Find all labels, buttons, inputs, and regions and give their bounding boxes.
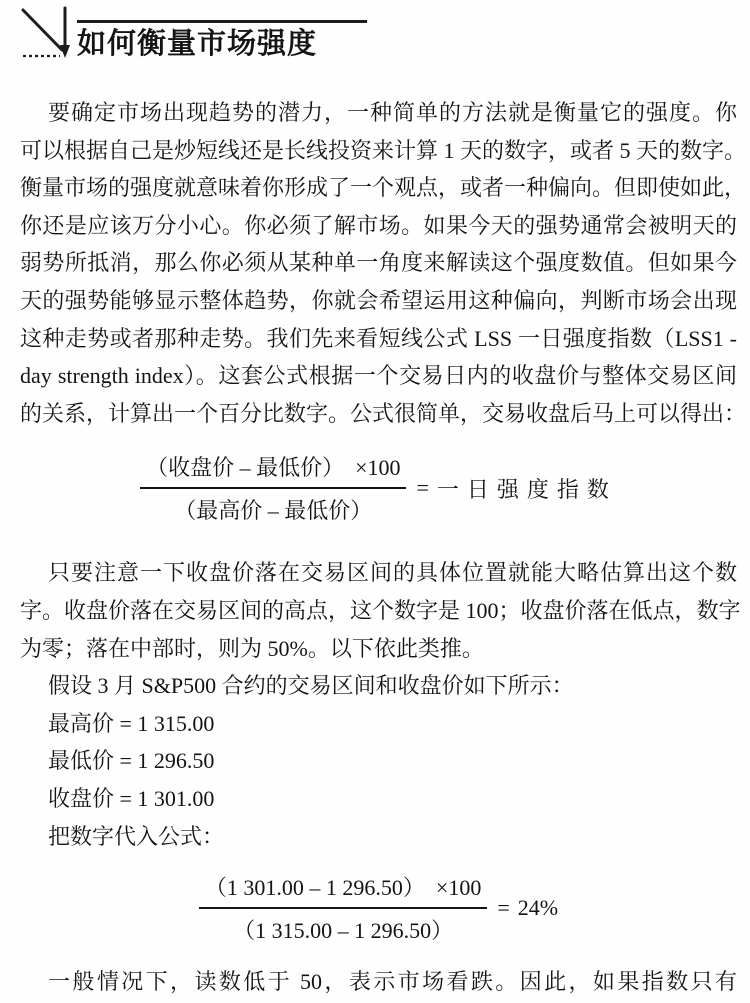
equals-sign: = xyxy=(497,895,509,921)
paragraph-line: 可以根据自己是炒短线还是长线投资来计算 1 天的数字，或者 5 天的数字。 xyxy=(20,132,737,170)
paragraph-line: 要确定市场出现趋势的潜力，一种简单的方法就是衡量它的强度。你 xyxy=(20,94,737,132)
formula-result: 24% xyxy=(518,895,558,921)
formula-worked-example: （1 301.00 – 1 296.50） ×100 （1 315.00 – 1… xyxy=(20,867,737,949)
paragraph-line: 弱势所抵消，那么你必须从某种单一角度来解读这个强度数值。但如果今 xyxy=(20,244,737,282)
header-rule xyxy=(77,20,367,23)
fraction: （1 301.00 – 1 296.50） ×100 （1 315.00 – 1… xyxy=(199,871,487,945)
formula-denominator: （最高价 – 最低价） xyxy=(174,489,372,525)
value-line-high: 最高价 = 1 315.00 xyxy=(20,705,737,743)
hand-drawn-arrow-graphic xyxy=(20,6,70,62)
fraction: （收盘价 – 最低价） ×100 （最高价 – 最低价） xyxy=(140,451,406,525)
formula-denominator: （1 315.00 – 1 296.50） xyxy=(233,909,453,945)
formula-numerator: （收盘价 – 最低价） ×100 xyxy=(140,451,406,489)
book-page: 如何衡量市场强度 要确定市场出现趋势的潜力，一种简单的方法就是衡量它的强度。你 … xyxy=(0,0,750,1003)
title-block: 如何衡量市场强度 xyxy=(77,20,367,61)
paragraph-line: 天的强势能够显示整体趋势，你就会希望运用这种偏向，判断市场会出现 xyxy=(20,282,737,320)
chapter-header: 如何衡量市场强度 xyxy=(20,6,737,72)
formula-lss-definition: （收盘价 – 最低价） ×100 （最高价 – 最低价） = 一日强度指数 xyxy=(20,447,737,529)
hand-drawn-arrow-icon xyxy=(20,6,70,62)
page-body: 要确定市场出现趋势的潜力，一种简单的方法就是衡量它的强度。你 可以根据自己是炒短… xyxy=(20,94,737,1001)
paragraph-line: 一般情况下，读数低于 50，表示市场看跌。因此，如果指数只有 xyxy=(20,963,737,1001)
paragraph-line: 为零；落在中部时，则为 50%。以下依此类推。 xyxy=(20,630,737,668)
paragraph-line: 只要注意一下收盘价落在交易区间的具体位置就能大略估算出这个数 xyxy=(20,554,737,592)
paragraph-line: 假设 3 月 S&P500 合约的交易区间和收盘价如下所示： xyxy=(20,667,737,705)
paragraph-line: 字。收盘价落在交易区间的高点，这个数字是 100；收盘价落在低点，数字 xyxy=(20,592,737,630)
paragraph-line: 你还是应该万分小心。你必须了解市场。如果今天的强势通常会被明天的 xyxy=(20,207,737,245)
equals-sign: = xyxy=(416,475,428,501)
paragraph-line: 衡量市场的强度就意味着你形成了一个观点，或者一种偏向。但即使如此， xyxy=(20,169,737,207)
lead-in-line: 把数字代入公式： xyxy=(20,818,737,856)
formula-numerator: （1 301.00 – 1 296.50） ×100 xyxy=(199,871,487,909)
paragraph-line: 的关系，计算出一个百分比数字。公式很简单，交易收盘后马上可以得出： xyxy=(20,395,737,433)
value-line-close: 收盘价 = 1 301.00 xyxy=(20,780,737,818)
paragraph-line: 这种走势或者那种走势。我们先来看短线公式 LSS 一日强度指数（LSS1 - xyxy=(20,320,737,358)
value-line-low: 最低价 = 1 296.50 xyxy=(20,742,737,780)
formula-result: 一日强度指数 xyxy=(437,473,617,504)
page-title: 如何衡量市场强度 xyxy=(77,29,367,61)
paragraph-line: day strength index）。这套公式根据一个交易日内的收盘价与整体交… xyxy=(20,357,737,395)
